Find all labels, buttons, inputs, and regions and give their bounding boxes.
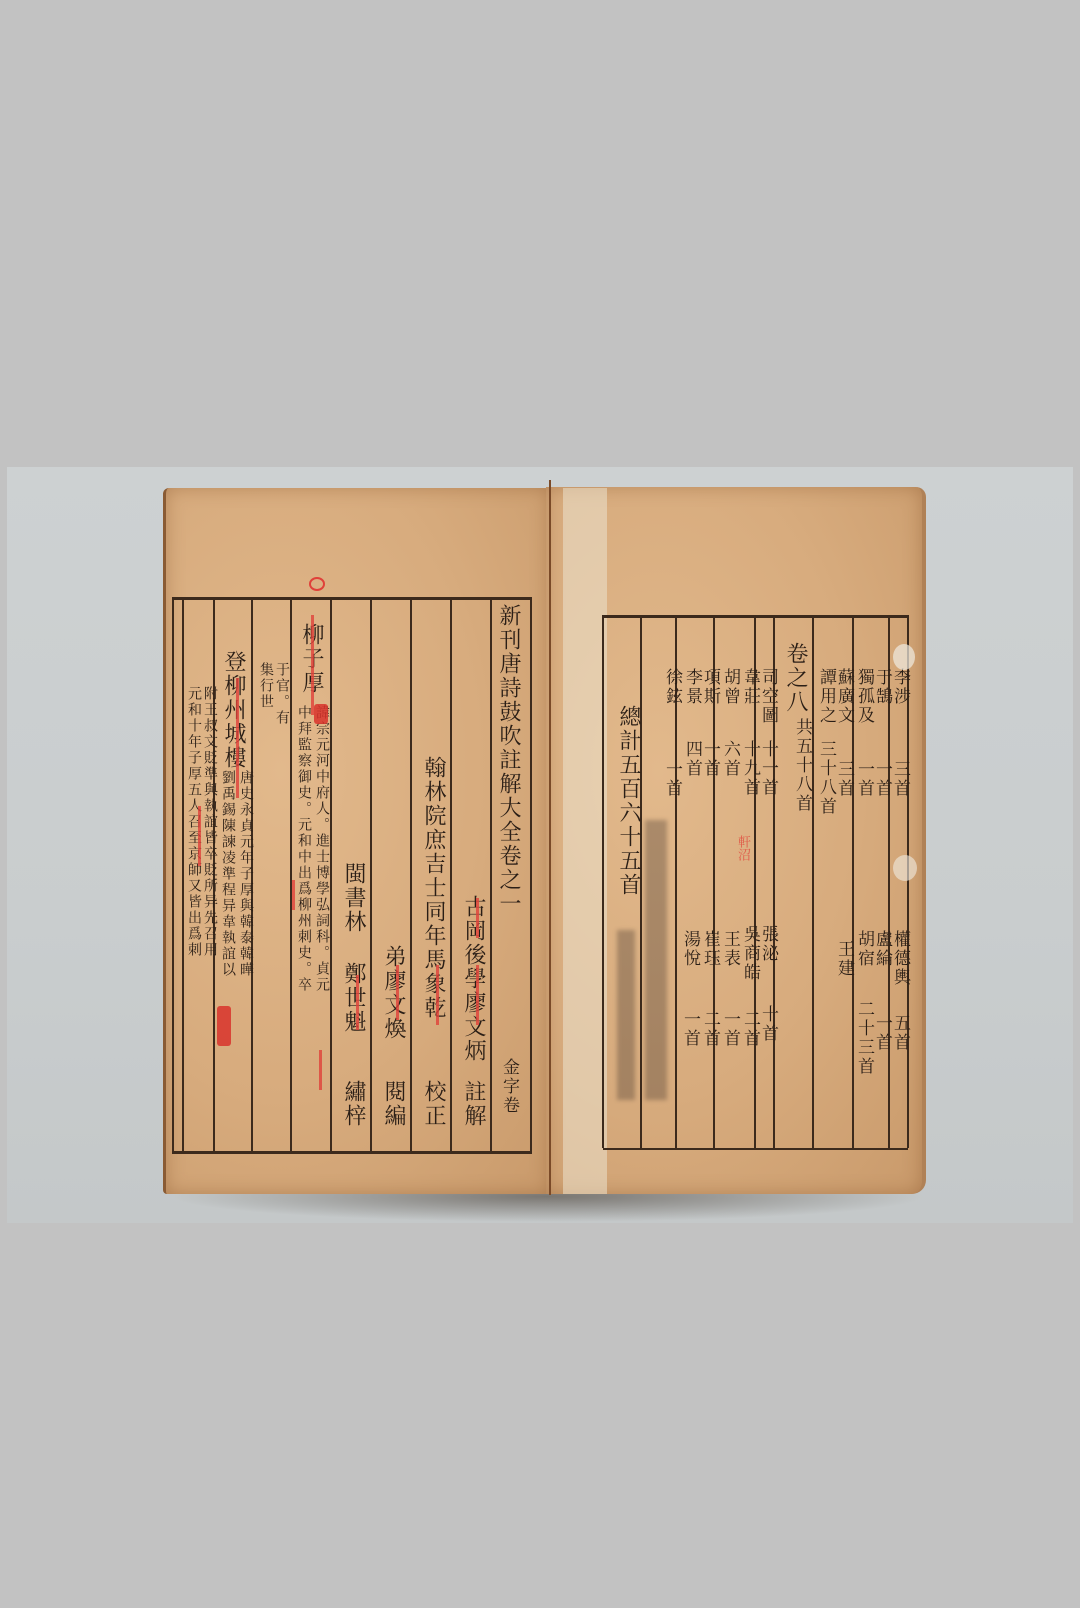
poem-note-b: 劉禹錫陳諫凌準程异韋執誼以 xyxy=(218,770,238,978)
book-shadow xyxy=(168,1190,928,1222)
entry-count: 三十八首 xyxy=(814,740,839,816)
entry-wang-jian: 王建 xyxy=(832,940,857,978)
ink-smudge xyxy=(645,820,667,1100)
red-underline xyxy=(198,806,201,866)
poet-note-d: 集行世 xyxy=(256,662,276,710)
book-title: 新刊唐詩鼓吹註解大全卷之一 xyxy=(493,604,524,916)
column-rule xyxy=(490,597,492,1151)
entry-count: 一首 xyxy=(678,1010,703,1048)
entry-tan-yongzhi: 譚用之 xyxy=(814,668,839,725)
red-underline xyxy=(319,1050,322,1090)
red-underline xyxy=(311,615,314,715)
red-underline xyxy=(436,965,439,1025)
entry-xu-xuan: 徐鉉 xyxy=(660,668,685,706)
grand-total: 總計五百六十五首 xyxy=(613,705,644,897)
paper-damage xyxy=(893,855,917,881)
paper-damage xyxy=(893,644,915,670)
red-underline xyxy=(292,880,295,910)
volume-mark: 金字卷 xyxy=(497,1058,522,1115)
entry-tang-yue: 湯悅 xyxy=(678,930,703,968)
annotator-role: 註解 xyxy=(458,1080,489,1128)
red-stamp: 軒沼 xyxy=(733,835,752,861)
proofreader: 翰林院庶吉士同年馬象乾 xyxy=(418,756,449,1020)
column-rule xyxy=(450,597,452,1151)
annotator: 古岡後學廖文炳 xyxy=(458,895,489,1063)
red-mark xyxy=(309,577,325,591)
entry-count: 二十三首 xyxy=(852,1000,877,1076)
poem-title: 登柳州城樓 xyxy=(218,650,249,770)
column-rule xyxy=(602,615,604,1148)
poem-note-d: 元和十年子厚五人召至京師又皆出爲刺 xyxy=(184,686,204,958)
proofreader-role: 校正 xyxy=(418,1080,449,1128)
red-underline xyxy=(356,975,359,1030)
poet-note-a: 諱宗元河中府人。進士博學弘詞科。貞元 xyxy=(312,705,332,993)
column-rule xyxy=(370,597,372,1151)
editor-role: 閱編 xyxy=(378,1080,409,1128)
red-seal-mark xyxy=(217,1006,231,1046)
book-spine xyxy=(549,480,551,1195)
publisher: 閩書林 xyxy=(338,862,369,934)
red-seal-mark xyxy=(314,704,328,724)
poet-note-b: 中拜監察御史。元和中出爲柳州刺史。卒 xyxy=(294,705,314,993)
ink-smudge xyxy=(617,930,635,1100)
engraver: 鄭世魁 xyxy=(338,962,369,1034)
red-underline xyxy=(476,965,479,1025)
column-rule xyxy=(410,597,412,1151)
entry-count: 一首 xyxy=(660,760,685,798)
editor: 弟廖文煥 xyxy=(378,945,409,1041)
volume-count: 共五十八首 xyxy=(790,718,815,813)
red-underline xyxy=(236,678,239,798)
volume-heading: 卷之八 xyxy=(780,642,811,714)
red-underline xyxy=(476,898,479,938)
poem-note-a: 唐史永貞元年子厚與韓泰韓曄 xyxy=(236,770,256,978)
spine-repair-tape xyxy=(563,488,607,1194)
engraver-role: 繡梓 xyxy=(338,1080,369,1128)
red-underline xyxy=(396,965,399,1020)
